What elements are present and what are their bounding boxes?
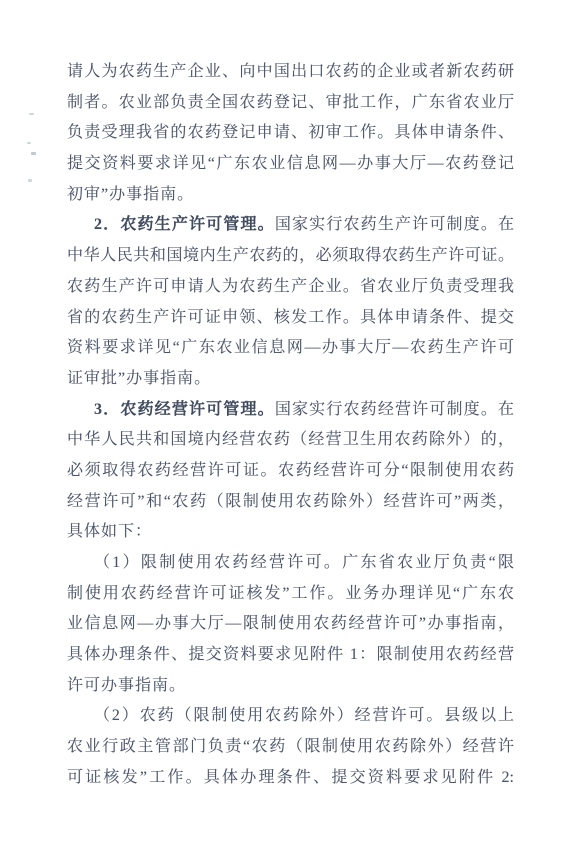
text-line: 资料要求详见“广东农业信息网—办事大厅—农药生产许可 xyxy=(67,333,514,364)
text-line: 证审批”办事指南。 xyxy=(67,364,514,395)
text-line: 提交资料要求详见“广东农业信息网—办事大厅—农药登记 xyxy=(67,149,514,180)
text-run: 国家实行农药经营许可制度。在 xyxy=(275,401,514,418)
text-run: 中华人民共和国境内经营农药（经营卫生用农药除外）的， xyxy=(67,431,514,448)
text-run: 具体如下： xyxy=(67,523,152,540)
document-text-block: 请人为农药生产企业、向中国出口农药的企业或者新农药研 制者。农业部负责全国农药登… xyxy=(67,57,514,794)
text-run: 提交资料要求详见“广东农业信息网—办事大厅—农药登记 xyxy=(67,155,514,172)
text-line: 可证核发”工作。具体办理条件、提交资料要求见附件 2: xyxy=(67,763,514,794)
text-run: 请人为农药生产企业、向中国出口农药的企业或者新农药研 xyxy=(67,63,514,80)
text-run: 业信息网—办事大厅—限制使用农药经营许可”办事指南， xyxy=(67,615,514,632)
text-run: 中华人民共和国境内生产农药的，必须取得农药生产许可证。 xyxy=(67,247,514,264)
section-3-heading-run: 3．农药经营许可管理。 xyxy=(94,401,275,418)
text-line-item-2: （2）农药（限制使用农药除外）经营许可。县级以上 xyxy=(67,701,514,732)
text-line-item-1: （1）限制使用农药经营许可。广东省农业厅负责“限 xyxy=(67,548,514,579)
text-line: 农业行政主管部门负责“农药（限制使用农药除外）经营许 xyxy=(67,732,514,763)
text-line: 负责受理我省的农药登记申请、初审工作。具体申请条件、 xyxy=(67,118,514,149)
text-line-section-3: 3．农药经营许可管理。国家实行农药经营许可制度。在 xyxy=(67,395,514,426)
text-line: 请人为农药生产企业、向中国出口农药的企业或者新农药研 xyxy=(67,57,514,88)
text-run: 证审批”办事指南。 xyxy=(67,370,211,387)
text-run: 省的农药生产许可证申领、核发工作。具体申请条件、提交 xyxy=(67,309,514,326)
text-line: 初审”办事指南。 xyxy=(67,180,514,211)
text-line: 制使用农药经营许可证核发”工作。业务办理详见“广东农 xyxy=(67,579,514,610)
document-page: 请人为农药生产企业、向中国出口农药的企业或者新农药研 制者。农业部负责全国农药登… xyxy=(0,0,580,844)
text-line-section-2: 2．农药生产许可管理。国家实行农药生产许可制度。在 xyxy=(67,210,514,241)
text-run: 农药生产许可申请人为农药生产企业。省农业厅负责受理我 xyxy=(67,278,514,295)
scan-speck xyxy=(31,152,36,155)
scan-speck xyxy=(29,113,34,115)
section-2-heading-run: 2．农药生产许可管理。 xyxy=(94,216,275,233)
text-line: 业信息网—办事大厅—限制使用农药经营许可”办事指南， xyxy=(67,609,514,640)
text-run: 农业行政主管部门负责“农药（限制使用农药除外）经营许 xyxy=(67,738,514,755)
text-run: 初审”办事指南。 xyxy=(67,186,194,203)
scan-speck xyxy=(27,142,31,144)
text-run: 具体办理条件、提交资料要求见附件 1：限制使用农药经营 xyxy=(67,646,514,663)
scan-speck xyxy=(28,179,32,182)
text-run: 负责受理我省的农药登记申请、初审工作。具体申请条件、 xyxy=(67,124,514,141)
text-run: 经营许可”和“农药（限制使用农药除外）经营许可”两类， xyxy=(67,493,514,510)
text-run: 资料要求详见“广东农业信息网—办事大厅—农药生产许可 xyxy=(67,339,514,356)
text-line: 具体办理条件、提交资料要求见附件 1：限制使用农药经营 xyxy=(67,640,514,671)
text-run: 制者。农业部负责全国农药登记、审批工作，广东省农业厅 xyxy=(67,94,514,111)
text-run: （2）农药（限制使用农药除外）经营许可。县级以上 xyxy=(94,707,514,724)
text-run: 许可办事指南。 xyxy=(67,677,186,694)
text-run: （1）限制使用农药经营许可。广东省农业厅负责“限 xyxy=(94,554,514,571)
text-line: 中华人民共和国境内生产农药的，必须取得农药生产许可证。 xyxy=(67,241,514,272)
text-line: 中华人民共和国境内经营农药（经营卫生用农药除外）的， xyxy=(67,425,514,456)
text-run: 必须取得农药经营许可证。农药经营许可分“限制使用农药 xyxy=(67,462,514,479)
text-line: 经营许可”和“农药（限制使用农药除外）经营许可”两类， xyxy=(67,487,514,518)
text-line: 许可办事指南。 xyxy=(67,671,514,702)
text-line: 农药生产许可申请人为农药生产企业。省农业厅负责受理我 xyxy=(67,272,514,303)
text-run: 可证核发”工作。具体办理条件、提交资料要求见附件 2: xyxy=(67,769,514,786)
text-run: 制使用农药经营许可证核发”工作。业务办理详见“广东农 xyxy=(67,585,514,602)
text-line: 省的农药生产许可证申领、核发工作。具体申请条件、提交 xyxy=(67,303,514,334)
text-line: 制者。农业部负责全国农药登记、审批工作，广东省农业厅 xyxy=(67,88,514,119)
text-line: 必须取得农药经营许可证。农药经营许可分“限制使用农药 xyxy=(67,456,514,487)
text-line: 具体如下： xyxy=(67,517,514,548)
text-run: 国家实行农药生产许可制度。在 xyxy=(275,216,514,233)
